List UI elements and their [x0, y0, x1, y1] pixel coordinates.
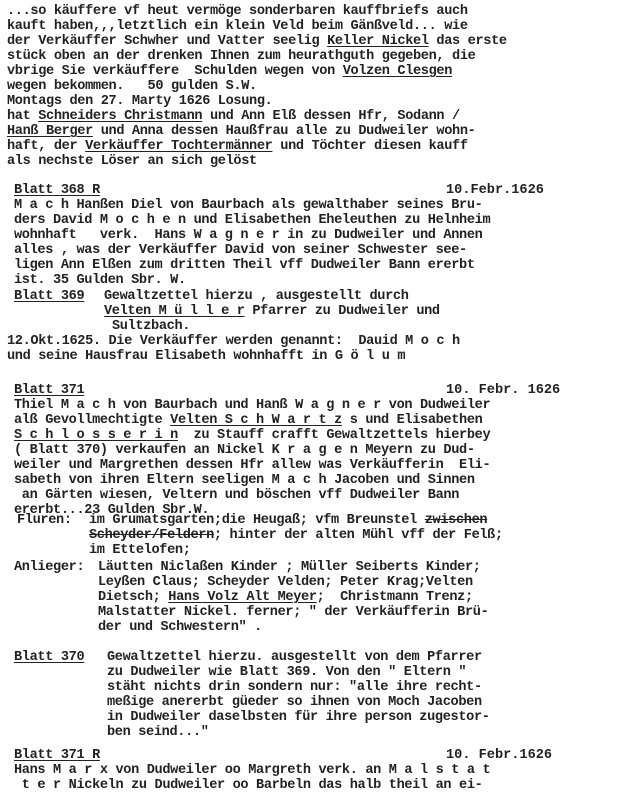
entry-line: an Gärten wiesen, Veltern und böschen vf…: [14, 488, 459, 503]
intro-line: ...so käuffere vf heut vermöge sonderbar…: [7, 4, 468, 19]
intro-line: Hanß Berger und Anna dessen Haußfrau all…: [7, 124, 475, 139]
entry-line: stäht nichts drin sondern nur: "alle ihr…: [107, 680, 482, 695]
intro-line: vbrige Sie verkäuffere Schulden wegen vo…: [7, 64, 452, 79]
blatt-reference: Blatt 370: [14, 650, 84, 665]
entry-line: alles , was der Verkäuffer David von sei…: [14, 243, 467, 258]
entry-date: 10. Febr. 1626: [446, 383, 560, 398]
entry-line: sabeth von ihren Eltern seeligen M a c h…: [14, 473, 475, 488]
intro-line: Montags den 27. Marty 1626 Losung.: [7, 94, 272, 109]
intro-line: kauft haben,,,letztlich ein klein Veld b…: [7, 19, 468, 34]
entry-line: ligen Ann Elßen zum dritten Theil vff Du…: [14, 258, 475, 273]
entry-line: ( Blatt 370) verkaufen an Nickel K r a g…: [14, 443, 475, 458]
entry-line: t e r Nickeln zu Dudweiler oo Barbeln da…: [14, 778, 482, 793]
entry-line: meßige anererbt güeder so ihnen von Moch…: [107, 695, 482, 710]
entry-line: zu Dudweiler wie Blatt 369. Von den " El…: [107, 665, 466, 680]
entry-line: wohnhaft verk. Hans W a g n e r in zu Du…: [14, 228, 482, 243]
entry-line: Gewaltzettel hierzu , ausgestellt durch: [104, 289, 409, 304]
anlieger-line: Leyßen Claus; Scheyder Velden; Peter Kra…: [98, 575, 473, 590]
entry-line: weiler und Margrethen dessen Hfr allew w…: [14, 458, 490, 473]
entry-line: in Dudweiler daselbsten für ihre person …: [107, 710, 490, 725]
intro-line: der Verkäuffer Schwher und Vatter seelig…: [7, 34, 507, 49]
fluren-label: Fluren:: [17, 513, 72, 528]
entry-line: Velten M ü l l e r Pfarrer zu Dudweiler …: [104, 304, 440, 319]
anlieger-line: der und Schwestern" .: [98, 620, 262, 635]
blatt-reference: Blatt 371: [14, 383, 84, 398]
intro-line: wegen bekommen. 50 gulden S.W.: [7, 79, 257, 94]
intro-line: hat Schneiders Christmann und Ann Elß de…: [7, 109, 460, 124]
entry-line: alß Gevollmechtigte Velten S c h W a r t…: [14, 413, 482, 428]
entry-line: Sultzbach.: [112, 319, 190, 334]
entry-date: 10. Febr.1626: [446, 748, 552, 763]
entry-line: 12.Okt.1625. Die Verkäuffer werden genan…: [7, 334, 460, 349]
blatt-reference: Blatt 368 R: [14, 183, 100, 198]
typewritten-document-page: ...so käuffere vf heut vermöge sonderbar…: [0, 0, 639, 800]
anlieger-line: Dietsch; Hans Volz Alt Meyer; Christmann…: [98, 590, 473, 605]
anlieger-label: Anlieger:: [14, 560, 84, 575]
fluren-line: Scheyder/Feldern; hinter der alten Mühl …: [89, 528, 503, 543]
entry-line: S c h l o s s e r i n zu Stauff crafft G…: [14, 428, 490, 443]
entry-line: M a c h Hanßen Diel von Baurbach als gew…: [14, 198, 482, 213]
blatt-reference: Blatt 369: [14, 289, 84, 304]
entry-date: 10.Febr.1626: [446, 183, 544, 198]
entry-line: ist. 35 Gulden Sbr. W.: [14, 273, 186, 288]
intro-line: als nechste Löser an sich gelöst: [7, 154, 257, 169]
entry-line: ders David M o c h e n und Elisabethen E…: [14, 213, 490, 228]
anlieger-line: Malstatter Nickel. ferner; " der Verkäuf…: [98, 605, 488, 620]
entry-line: Thiel M a c h von Baurbach und Hanß W a …: [14, 398, 490, 413]
intro-line: haft, der Verkäuffer Tochtermänner und T…: [7, 139, 468, 154]
fluren-line: im Grumatsgarten;die Heugaß; vfm Breunst…: [89, 513, 487, 528]
entry-line: ben seind...": [107, 725, 209, 740]
fluren-line: im Ettelofen;: [89, 543, 191, 558]
blatt-reference: Blatt 371 R: [14, 748, 100, 763]
anlieger-line: Läutten Niclaßen Kinder ; Müller Seibert…: [98, 560, 481, 575]
entry-line: Gewaltzettel hierzu. ausgestellt von dem…: [107, 650, 482, 665]
entry-line: und seine Hausfrau Elisabeth wohnhafft i…: [7, 349, 405, 364]
entry-line: Hans M a r x von Dudweiler oo Margreth v…: [14, 763, 490, 778]
intro-line: stück oben an der drenken Ihnen zum heur…: [7, 49, 475, 64]
